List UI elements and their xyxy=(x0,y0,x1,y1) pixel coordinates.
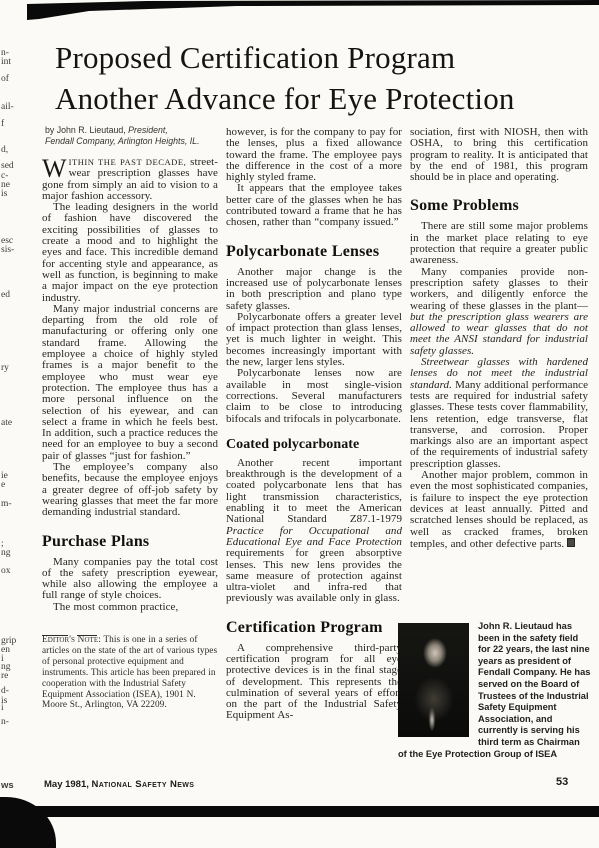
margin-fragment: ox xyxy=(1,567,11,577)
column-2: however, is for the company to pay for t… xyxy=(226,127,402,722)
byline-org: Fendall Company, Arlington Heights, IL. xyxy=(45,136,200,147)
paragraph: Another major problem, common in even th… xyxy=(410,470,588,550)
column-3: sociation, first with NIOSH, then with O… xyxy=(410,127,588,550)
paragraph: Many companies provide non-prescription … xyxy=(410,267,588,357)
margin-fragment: int xyxy=(1,58,11,68)
paragraph: Streetwear glasses with hardened lenses … xyxy=(410,357,588,470)
margin-fragment: ng xyxy=(1,549,11,559)
paragraph: Many major industrial concerns are depar… xyxy=(42,304,218,462)
dropcap: W xyxy=(42,157,69,179)
paragraph-text: requirements for green absorptive lenses… xyxy=(226,547,402,604)
bio-name: John R. Lieutaud xyxy=(478,621,553,631)
author-bio: John R. Lieutaud has been in the safety … xyxy=(398,621,591,760)
paragraph: It appears that the employee takes bette… xyxy=(226,183,402,228)
byline-author: John R. Lieutaud, xyxy=(57,125,126,135)
paragraph: Polycarbonate offers a greater level of … xyxy=(226,312,402,368)
paragraph: The employee’s company also benefits, be… xyxy=(42,462,218,518)
paragraph: Many companies pay the total cost of the… xyxy=(42,557,218,602)
article-title-line1: Proposed Certification Program xyxy=(55,38,515,79)
margin-fragment: i xyxy=(1,704,4,714)
magazine-page: n-intofail-fd,sedc-neisescsis-edryateiee… xyxy=(0,0,599,848)
portrait-photo xyxy=(398,623,469,737)
end-of-article-icon xyxy=(567,538,575,547)
margin-fragment: n- xyxy=(1,718,9,728)
paragraph: The most common practice, xyxy=(42,602,218,613)
paragraph: however, is for the company to pay for t… xyxy=(226,127,402,183)
margin-fragment: of xyxy=(1,75,9,85)
paragraph: WITHIN THE PAST DECADE, street-wear pres… xyxy=(42,157,218,202)
margin-fragment: re xyxy=(1,672,8,682)
byline-role: President, xyxy=(128,125,168,135)
paragraph: Polycarbonate lenses now are available i… xyxy=(226,368,402,424)
paragraph-text: Another major problem, common in even th… xyxy=(410,469,588,550)
margin-fragment: ws xyxy=(1,781,14,791)
editors-note-rule xyxy=(42,628,218,630)
article-title: Proposed Certification Program Another A… xyxy=(55,38,515,119)
byline-prefix: by xyxy=(45,125,54,135)
paragraph: There are still some major problems in t… xyxy=(410,221,588,266)
column-1: WITHIN THE PAST DECADE, street-wear pres… xyxy=(42,157,218,711)
footer-issue: May 1981, xyxy=(44,779,92,790)
opening-smallcaps: ITHIN THE PAST DECADE, xyxy=(69,157,187,167)
article-title-line2: Another Advance for Eye Protection xyxy=(55,79,515,120)
section-heading-coated-polycarbonate: Coated polycarbonate xyxy=(226,437,402,453)
paragraph-text: Another recent important breakthrough is… xyxy=(226,457,402,525)
paragraph: A comprehensive third-party certificatio… xyxy=(226,643,402,722)
paragraph: The leading designers in the world of fa… xyxy=(42,202,218,304)
footer: May 1981, National Safety News xyxy=(44,779,194,790)
byline: by John R. Lieutaud, President, Fendall … xyxy=(45,125,200,146)
margin-fragment: f xyxy=(1,120,4,130)
margin-fragment: ed xyxy=(1,291,10,301)
margin-fragment: sis- xyxy=(1,246,14,256)
editors-note-text: This is one in a series of articles on t… xyxy=(42,635,217,710)
margin-fragment: ate xyxy=(1,419,12,429)
scan-artifact-corner xyxy=(0,797,56,848)
paragraph: sociation, first with NIOSH, then with O… xyxy=(410,127,588,183)
page-number: 53 xyxy=(556,776,568,788)
section-heading-certification-program: Certification Program xyxy=(226,619,402,637)
margin-fragment: m- xyxy=(1,500,12,510)
section-heading-purchase-plans: Purchase Plans xyxy=(42,533,218,551)
margin-fragment: d, xyxy=(1,146,8,156)
editors-note: Editor's Note: This is one in a series o… xyxy=(42,635,218,711)
editors-note-label: Editor's Note: xyxy=(42,635,101,645)
standard-title-italic: Practice for Occupational and Educationa… xyxy=(226,525,402,548)
paragraph: Another major change is the increased us… xyxy=(226,267,402,312)
section-heading-polycarbonate-lenses: Polycarbonate Lenses xyxy=(226,243,402,261)
footer-magazine-name: National Safety News xyxy=(92,779,195,790)
scan-artifact-bottom-band xyxy=(0,806,599,817)
paragraph: Another recent important breakthrough is… xyxy=(226,458,402,605)
scan-artifact-top xyxy=(27,0,599,20)
margin-fragment: ail- xyxy=(1,103,14,113)
paragraph-text: Many additional performance tests are re… xyxy=(410,379,588,470)
margin-fragment: is xyxy=(1,190,7,200)
margin-fragment: ry xyxy=(1,364,9,374)
margin-fragment: e xyxy=(1,481,5,491)
paragraph-text: Many companies provide non-prescription … xyxy=(410,266,588,312)
emphasis-italic: but the prescription glass wearers are a… xyxy=(410,311,588,357)
section-heading-some-problems: Some Problems xyxy=(410,197,588,215)
